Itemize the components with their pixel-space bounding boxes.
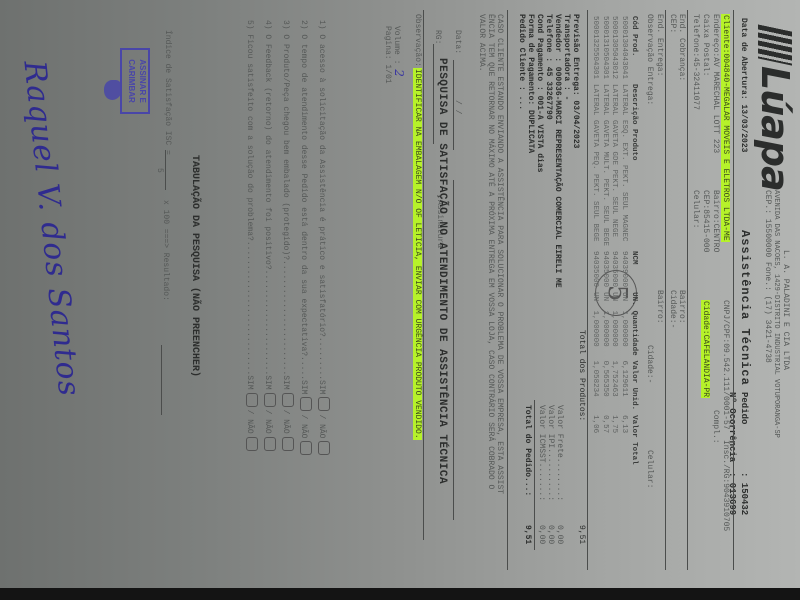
table-cell: UN xyxy=(609,292,618,311)
survey-question: 2) O tempo de atendimento desse Pedido e… xyxy=(298,20,312,458)
tabulation-title: TABULAÇÃO DA PESQUISA (NÃO PREENCHER) xyxy=(188,155,201,377)
no-checkbox[interactable] xyxy=(300,441,312,455)
yes-checkbox[interactable] xyxy=(318,397,330,411)
logo-mark-icon xyxy=(758,24,792,65)
mobile-field: Celular: xyxy=(690,190,700,228)
company-logo: Lúapa xyxy=(751,28,799,191)
billing-address: End. Cobrança: xyxy=(676,14,686,81)
question-text: 4) O Feedback (retorno) do atendimento f… xyxy=(263,20,272,390)
table-cell: 0,57 xyxy=(600,415,609,470)
survey-question: 4) O Feedback (retorno) do atendimento f… xyxy=(262,20,276,454)
pedido-label: Pedido xyxy=(738,392,750,472)
no-checkbox[interactable] xyxy=(246,437,258,451)
volume-handwritten: 2 xyxy=(392,69,406,77)
divider xyxy=(587,10,588,570)
survey-question: 1) O acesso à solicitação da Assistência… xyxy=(316,20,330,458)
table-cell: 1,000000 xyxy=(609,311,618,361)
observation-label: Observação: xyxy=(412,14,422,67)
sign-and-stamp-stamp: ASSINAR E CARIMBAR xyxy=(120,48,150,114)
address-field: Endereço:AV MARECHAL LOTT 223 xyxy=(710,14,720,153)
isc-divisor: 5 xyxy=(154,168,164,173)
notice-line-2: ÊNCIA TEM QUE RETORNAR NO MÁXIMO ATÉ A P… xyxy=(485,14,495,489)
divider xyxy=(507,10,508,570)
no-label: / NÃO xyxy=(299,414,308,438)
no-label: / NÃO xyxy=(281,410,290,434)
table-cell: 94039000 xyxy=(618,251,627,292)
billing-city: Cidade:- xyxy=(667,290,677,328)
billing-cep: CEP: xyxy=(667,14,677,33)
delivery-city: Cidade:- xyxy=(644,345,654,383)
compl-field: Compl.: xyxy=(710,410,720,444)
survey-question: 3) O Produto/Peça chegou bem embalado (p… xyxy=(280,20,294,454)
observation-value: IDENTIFICAR NA EMBALAGEM N/O OF LETICIA,… xyxy=(412,68,422,440)
table-cell: 1,752463 xyxy=(609,361,618,416)
table-row: 50001305043012LATERAL GAVETA GDE PEKT. S… xyxy=(609,16,618,470)
photo-edge xyxy=(0,588,800,600)
table-row: 50001325504301LATERAL GAVETA PEQ. PEKT. … xyxy=(590,16,599,470)
rg-label: RG: xyxy=(432,30,442,44)
icmsst-value: 0,00 xyxy=(536,525,546,544)
date-slashes: / / xyxy=(452,100,462,114)
signature-line xyxy=(453,180,454,520)
delivery-bairro: Bairro: xyxy=(654,290,664,324)
table-cell: UN xyxy=(590,292,599,311)
table-cell: LATERAL GAVETA GDE PEKT. SEUL NEGE xyxy=(609,84,618,251)
order-total-value: 9,51 xyxy=(522,525,532,544)
column-header: Cód Prod. xyxy=(628,16,638,84)
no-checkbox[interactable] xyxy=(264,437,276,451)
table-row: 50001310504301LATERAL GAVETA MULT. PEKT.… xyxy=(600,16,609,470)
table-cell: 50001325504301 xyxy=(590,16,599,84)
table-cell: 6,13 xyxy=(618,415,627,470)
table-row: 50001304043041LATERAL ESQ. EXT. PEKT. SE… xyxy=(618,16,627,470)
result-line xyxy=(161,345,162,415)
isc-numerator-line xyxy=(165,150,166,190)
freight-label: Valor Frete........: xyxy=(554,405,564,501)
column-header: Valor Total xyxy=(628,415,638,470)
table-cell: UN xyxy=(618,292,627,311)
client-order: Pedido Cliente : ... xyxy=(516,14,526,110)
date-label: Data: xyxy=(452,30,462,54)
company-name: L. A. PALADINI E CIA LTDA xyxy=(780,190,790,438)
question-text: 5) Ficou satisfeito com a solução do pro… xyxy=(245,20,254,390)
survey-question: 5) Ficou satisfeito com a solução do pro… xyxy=(244,20,258,454)
table-cell: 1,000000 xyxy=(590,311,599,361)
client-field: Cliente:004840-MEGALAR MOVEIS E ELETROS … xyxy=(720,14,730,242)
company-cep-phone: CEP.: 15500000 Fone.: (17) 3421-4738 xyxy=(762,190,772,438)
handwritten-signature[interactable]: Raquel V. dos Santos xyxy=(15,59,88,399)
column-header: Valor Unid. xyxy=(628,361,638,416)
isc-formula: x 100 ===> Resultado: xyxy=(160,200,170,301)
seller: Vendedor : 000036-MARCI REPRESENTAÇÃO CO… xyxy=(552,14,562,288)
table-cell: 1,058234 xyxy=(590,361,599,416)
table-cell: 1,000000 xyxy=(600,311,609,361)
yes-checkbox[interactable] xyxy=(246,393,258,407)
divider xyxy=(423,10,424,540)
table-cell: 1,06 xyxy=(590,415,599,470)
isc-label: Índice de Satisfação ISC = xyxy=(162,30,172,155)
company-info: L. A. PALADINI E CIA LTDA AVENIDA DAS NA… xyxy=(762,190,790,438)
payment-method: Forma de Pagamento: DUPLICATA xyxy=(525,14,535,153)
freight-value: 0,00 xyxy=(554,525,564,544)
notice-line-1: CASO CLIENTE ESTANDO ENVIANDO A ASSISTÊN… xyxy=(494,14,504,494)
table-cell: LATERAL GAVETA PEQ. PEKT. SEUL BEGE xyxy=(590,84,599,251)
no-checkbox[interactable] xyxy=(318,441,330,455)
billing-bairro: Bairro: xyxy=(676,290,686,324)
insc-field: Insc./RG:9043910705 xyxy=(720,440,730,531)
bairro-field: Bairro:CENTRO xyxy=(710,190,720,252)
question-text: 3) O Produto/Peça chegou bem embalado (p… xyxy=(281,20,290,390)
table-cell: LATERAL GAVETA MULT. PEKT. SEUL BEGE xyxy=(600,84,609,251)
seller-phone: Telefone : 45 33267790 xyxy=(543,14,553,120)
table-cell: 6,129611 xyxy=(618,361,627,416)
table-cell: UN xyxy=(600,292,609,311)
cep-field: CEP:85415-000 xyxy=(700,190,710,252)
survey-title: PESQUISA DE SATISFAÇÃO NO ATENDIMENTO DE… xyxy=(434,58,448,484)
column-header: UN. xyxy=(628,292,638,311)
ipi-label: Valor IPI..........: xyxy=(545,405,555,501)
products-total-label: Total dos Produtos: xyxy=(576,330,586,421)
table-cell: 0,565350 xyxy=(600,361,609,416)
question-text: 1) O acesso à solicitação da Assistência… xyxy=(317,20,326,394)
table-cell: 50001305043012 xyxy=(609,16,618,84)
page-number: Pagina: 1/01 xyxy=(382,26,392,84)
question-text: 2) O tempo de atendimento desse Pedido e… xyxy=(299,20,308,394)
divider xyxy=(534,400,535,550)
volume-field: Volume : 2 xyxy=(391,26,406,77)
no-label: / NÃO xyxy=(245,410,254,434)
yes-checkbox[interactable] xyxy=(282,393,294,407)
table-cell: 94035000 xyxy=(600,251,609,292)
column-header: Quantidade xyxy=(628,311,638,361)
ipi-value: 0,00 xyxy=(545,525,555,544)
order-total-label: Total do Pedido...: xyxy=(522,405,532,496)
company-address: AVENIDA DAS NACOES, 1429-DISTRITO INDUST… xyxy=(772,190,780,438)
caixa-postal-field: Caixa Postal: xyxy=(700,14,710,76)
divider xyxy=(733,10,734,570)
yes-checkbox[interactable] xyxy=(264,393,276,407)
table-cell: 94035000 xyxy=(609,251,618,292)
yes-checkbox[interactable] xyxy=(300,397,312,411)
document-title: Assistência Técnica xyxy=(737,230,752,386)
icmsst-label: Valor ICMSST.......: xyxy=(536,405,546,501)
table-cell: 94035000 xyxy=(590,251,599,292)
no-label: / NÃO xyxy=(263,410,272,434)
delivery-forecast: Previsão Entrega: 03/04/2023 xyxy=(570,14,580,148)
payment-terms: Cond Pagamento : 001-A VISTA dias xyxy=(534,14,544,172)
table-cell: LATERAL ESQ. EXT. PEKT. SEUL MAGNEC xyxy=(618,84,627,251)
products-total-value: 9,51 xyxy=(576,525,586,544)
column-header: Descrição Produto xyxy=(628,84,638,251)
divider xyxy=(665,10,666,570)
notice-line-3: VALOR ACIMA. xyxy=(476,14,486,72)
delivery-observation: Observação Entrega: xyxy=(644,14,654,105)
city-field: Cidade:CAFELANDIA-PR xyxy=(700,300,710,398)
table-cell: 50001304043041 xyxy=(618,16,627,84)
divider xyxy=(687,10,688,570)
delivery-mobile: Celular: xyxy=(644,450,654,488)
items-table: Cód Prod.Descrição ProdutoNCMUN.Quantida… xyxy=(590,16,638,470)
no-label: / NÃO xyxy=(317,414,326,438)
table-cell: 50001310504301 xyxy=(600,16,609,84)
carrier: Transportadora : - xyxy=(561,14,571,100)
table-cell: 1,000000 xyxy=(618,311,627,361)
pedido-value: : 150432 xyxy=(739,472,749,515)
table-cell: 1,75 xyxy=(609,415,618,470)
delivery-address: End. Entrega: xyxy=(654,14,664,76)
cnpj-field: CNPJ/CPF:09.542.111/0001-57 xyxy=(720,300,730,430)
no-checkbox[interactable] xyxy=(282,437,294,451)
phone-field: Telefone:45-32411077 xyxy=(690,14,700,110)
column-header: NCM xyxy=(628,251,638,292)
opening-date: Data de Abertura: 13/03/2023 xyxy=(738,18,748,152)
service-order-sheet: Lúapa L. A. PALADINI E CIA LTDA AVENIDA … xyxy=(10,0,800,590)
